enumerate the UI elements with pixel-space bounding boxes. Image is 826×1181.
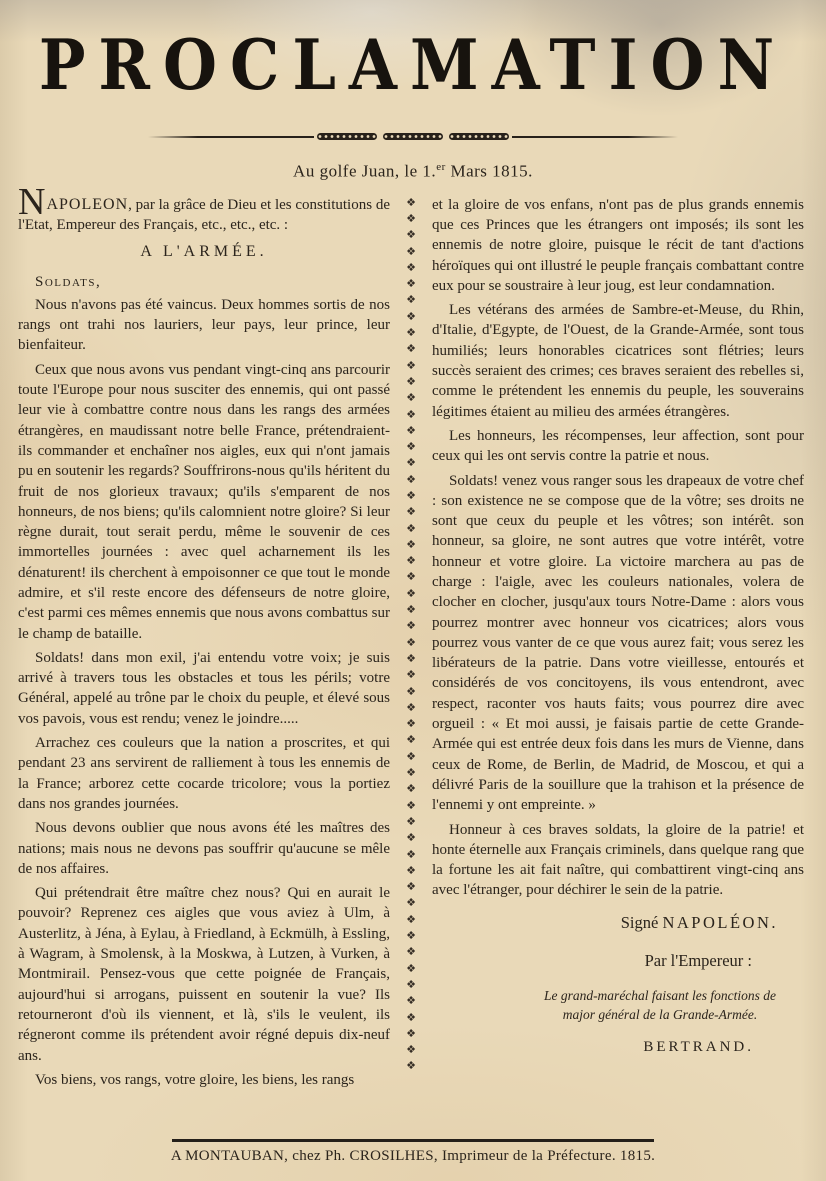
secretary-name: BERTRAND. — [432, 1037, 804, 1057]
paragraph: Qui prétendrait être maître chez nous? Q… — [18, 883, 390, 1066]
left-column: NAPOLEON, par la grâce de Dieu et les co… — [18, 195, 390, 1094]
dateline-pre: Au golfe Juan, le 1. — [293, 162, 436, 181]
paragraph: Nous devons oublier que nous avons été l… — [18, 818, 390, 879]
secretary-role: Le grand-maréchal faisant les fonctions … — [530, 987, 790, 1024]
imprint-footer: A MONTAUBAN, chez Ph. CROSILHES, Imprime… — [0, 1139, 826, 1165]
dateline-post: Mars 1815. — [446, 162, 533, 181]
headpiece-line-right — [512, 136, 678, 138]
paragraph: Les vétérans des armées de Sambre-et-Meu… — [432, 300, 804, 422]
headpiece-bead-icon — [317, 133, 377, 140]
proclamation-broadside: { "page": { "title": "PROCLAMATION" }, "… — [0, 0, 826, 1181]
signed-name: NAPOLÉON. — [662, 913, 778, 932]
paragraph: Soldats! dans mon exil, j'ai entendu vot… — [18, 648, 390, 729]
opening-name-caps: APOLEON — [46, 196, 128, 213]
headpiece-bead-icon — [449, 133, 509, 140]
opening-paragraph: NAPOLEON, par la grâce de Dieu et les co… — [18, 195, 390, 236]
paragraph: et la gloire de vos enfans, n'ont pas de… — [432, 195, 804, 296]
paragraph: Soldats! venez vous ranger sous les drap… — [432, 471, 804, 816]
paragraph: Nous n'avons pas été vaincus. Deux homme… — [18, 295, 390, 356]
paragraph: Arrachez ces couleurs que la nation a pr… — [18, 733, 390, 814]
signed-label: Signé — [621, 913, 663, 932]
page-title: PROCLAMATION — [0, 24, 826, 106]
text-columns: NAPOLEON, par la grâce de Dieu et les co… — [0, 195, 826, 1094]
signature-line: Signé NAPOLÉON. — [432, 913, 804, 933]
by-the-emperor-line: Par l'Empereur : — [432, 951, 804, 971]
paragraph: Vos biens, vos rangs, votre gloire, les … — [18, 1070, 390, 1090]
paragraph: Honneur à ces braves soldats, la gloire … — [432, 820, 804, 901]
paragraph: Ceux que nous avons vus pendant vingt-ci… — [18, 360, 390, 644]
column-divider-ornament: ❖ ❖ ❖ ❖ ❖ ❖ ❖ ❖ ❖ ❖ ❖ ❖ ❖ ❖ ❖ ❖ ❖ ❖ ❖ ❖ … — [390, 195, 432, 1094]
headpiece-bead-icon — [383, 133, 443, 140]
paragraph: Les honneurs, les récompenses, leur affe… — [432, 426, 804, 467]
imprint-text: A MONTAUBAN, chez Ph. CROSILHES, Imprime… — [0, 1148, 826, 1165]
right-column: et la gloire de vos enfans, n'ont pas de… — [432, 195, 804, 1094]
headpiece-ornament — [148, 133, 678, 140]
salutation: Soldats, — [18, 272, 390, 292]
dateline: Au golfe Juan, le 1.er Mars 1815. — [0, 161, 826, 182]
headpiece-line-left — [148, 136, 314, 138]
address-heading: A L'ARMÉE. — [18, 242, 390, 262]
footer-rule — [172, 1139, 654, 1142]
dateline-ordinal: er — [436, 161, 446, 173]
